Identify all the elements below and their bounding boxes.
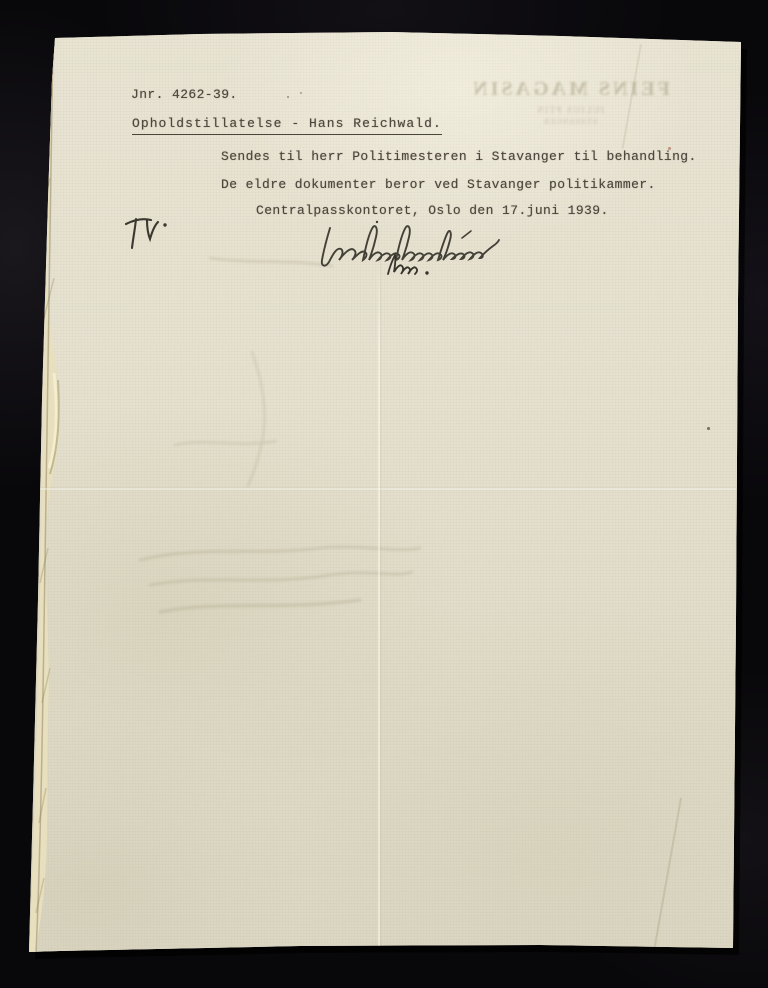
ink-speck: [287, 96, 289, 98]
body-line-1: Sendes til herr Politimesteren i Stavang…: [221, 149, 697, 164]
body-line-2: De eldre dokumenter beror ved Stavanger …: [221, 177, 656, 192]
journal-number: Jnr. 4262-39.: [131, 87, 238, 102]
document-page: FEINS MAGASIN JULIUS PTIN STAVANGER: [0, 0, 768, 988]
left-fold-strip: [24, 28, 70, 958]
scanner-backdrop: { "document": { "journal_number": "Jnr. …: [0, 0, 768, 988]
ink-speck: [300, 92, 302, 94]
handwritten-initials: [120, 212, 172, 254]
ink-speck: [707, 427, 710, 430]
ink-speck-red: [668, 147, 671, 150]
document-title: Opholdstillatelse - Hans Reichwald.: [132, 116, 442, 135]
handwritten-countersign: [381, 251, 439, 283]
scan-stage: FEINS MAGASIN JULIUS PTIN STAVANGER: [0, 0, 768, 988]
vertical-fold-crease: [378, 258, 380, 950]
horizontal-fold-crease: [30, 487, 736, 491]
